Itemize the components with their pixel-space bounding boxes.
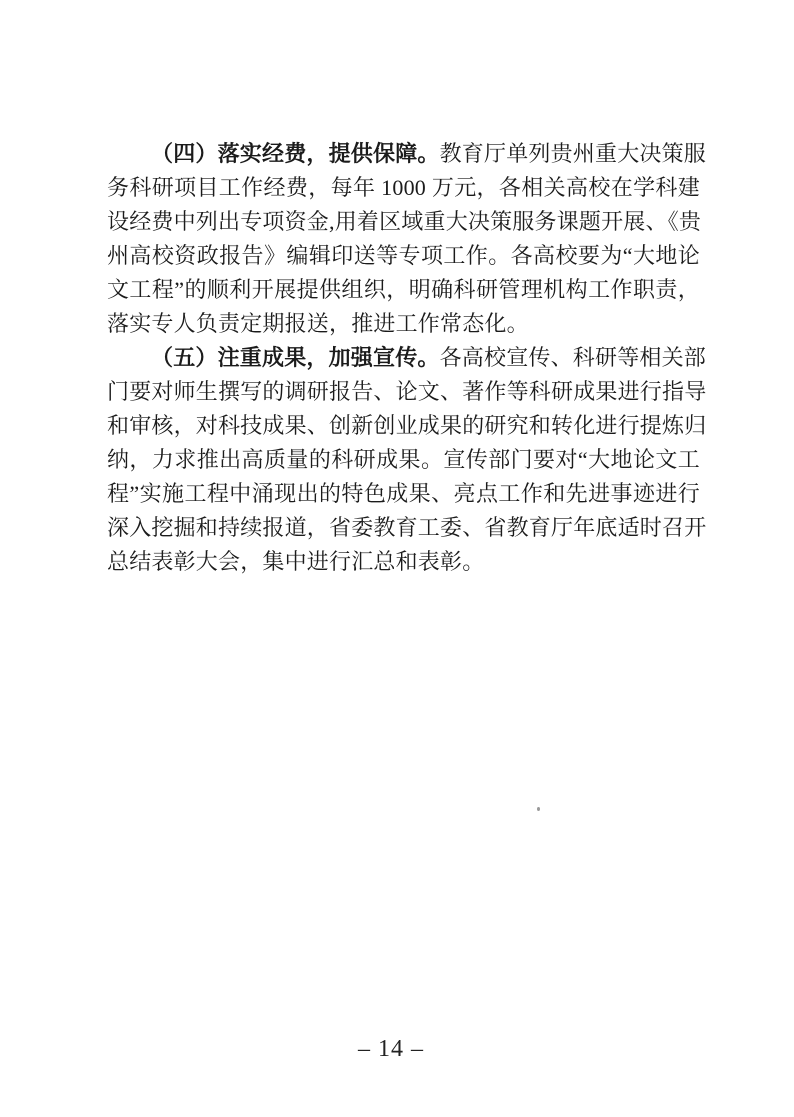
paragraph-first-line: （五）注重成果，加强宣传。各高校宣传、科研等相关部 — [107, 341, 700, 375]
text-line: 州高校资政报告》编辑印送等专项工作。各高校要为“大地论 — [107, 239, 700, 273]
scan-speck — [537, 807, 540, 811]
text-line: 文工程”的顺利开展提供组织，明确科研管理机构工作职责， — [107, 273, 700, 307]
text-line: 落实专人负责定期报送，推进工作常态化。 — [107, 307, 700, 341]
paragraph-first-line-text: 教育厅单列贵州重大决策服 — [440, 141, 706, 166]
paragraph-lead: （四）落实经费，提供保障。 — [151, 141, 440, 166]
paragraph-5: （五）注重成果，加强宣传。各高校宣传、科研等相关部 门要对师生撰写的调研报告、论… — [107, 341, 700, 579]
text-line: 程”实施工程中涌现出的特色成果、亮点工作和先进事迹进行 — [107, 477, 700, 511]
document-page: （四）落实经费，提供保障。教育厅单列贵州重大决策服 务科研项目工作经费，每年 1… — [0, 0, 794, 1117]
text-line: 和审核，对科技成果、创新创业成果的研究和转化进行提炼归 — [107, 409, 700, 443]
text-line: 务科研项目工作经费，每年 1000 万元，各相关高校在学科建 — [107, 171, 700, 205]
text-line: 深入挖掘和持续报道，省委教育工委、省教育厅年底适时召开 — [107, 511, 700, 545]
paragraph-first-line-text: 各高校宣传、科研等相关部 — [440, 345, 706, 370]
text-line: 总结表彰大会，集中进行汇总和表彰。 — [107, 545, 700, 579]
paragraph-lines: 务科研项目工作经费，每年 1000 万元，各相关高校在学科建设经费中列出专项资金… — [107, 171, 700, 341]
paragraph-4: （四）落实经费，提供保障。教育厅单列贵州重大决策服 务科研项目工作经费，每年 1… — [107, 137, 700, 341]
body-text: （四）落实经费，提供保障。教育厅单列贵州重大决策服 务科研项目工作经费，每年 1… — [107, 137, 700, 579]
text-line: 纳，力求推出高质量的科研成果。宣传部门要对“大地论文工 — [107, 443, 700, 477]
page-number: – 14 – — [0, 1036, 782, 1063]
text-line: 设经费中列出专项资金,用着区域重大决策服务课题开展、《贵 — [107, 205, 700, 239]
paragraph-lines: 门要对师生撰写的调研报告、论文、著作等科研成果进行指导和审核，对科技成果、创新创… — [107, 375, 700, 579]
paragraph-lead: （五）注重成果，加强宣传。 — [151, 345, 440, 370]
paragraph-first-line: （四）落实经费，提供保障。教育厅单列贵州重大决策服 — [107, 137, 700, 171]
text-line: 门要对师生撰写的调研报告、论文、著作等科研成果进行指导 — [107, 375, 700, 409]
